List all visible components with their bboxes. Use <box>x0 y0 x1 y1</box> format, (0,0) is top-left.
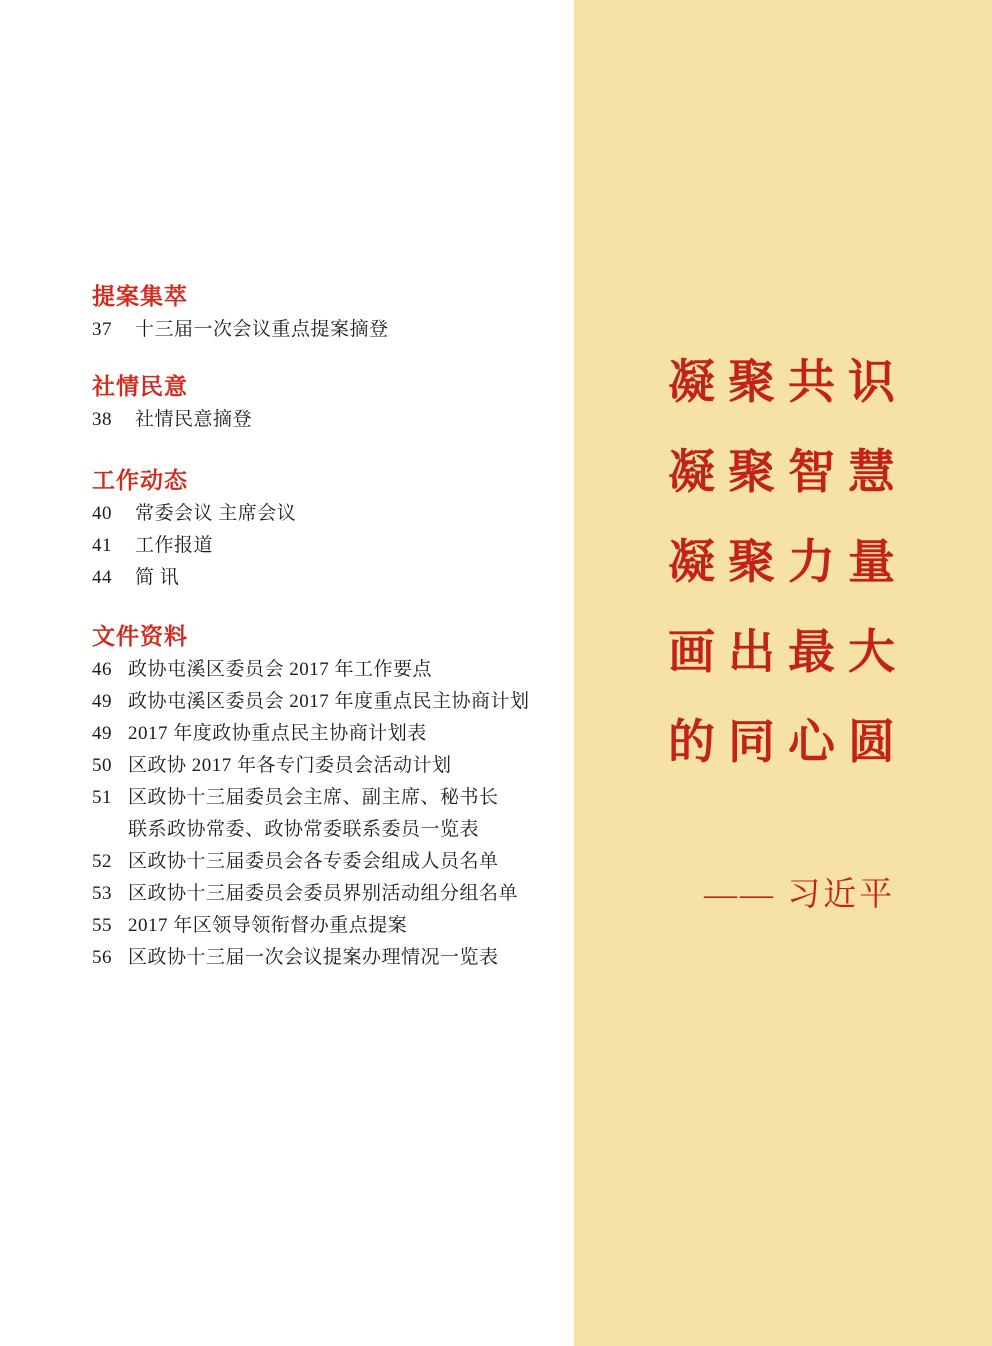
entry-title-line2: 联系政协常委、政协常委联系委员一览表 <box>128 817 562 843</box>
entry-title: 区政协 2017 年各专门委员会活动计划 <box>128 753 562 779</box>
page-number: 53 <box>92 881 128 907</box>
page-number: 46 <box>92 657 128 683</box>
section-heading: 提案集萃 <box>92 283 562 309</box>
page-number: 41 <box>92 533 135 559</box>
page-number: 55 <box>92 913 128 939</box>
entry-title: 区政协十三届委员会主席、副主席、秘书长 <box>128 785 562 811</box>
toc-entry: 49 2017 年度政协重点民主协商计划表 <box>92 721 562 747</box>
page-number: 51 <box>92 785 128 811</box>
quote-line: 的同心圆 <box>668 698 908 788</box>
page-number: 40 <box>92 501 135 527</box>
toc-page: 提案集萃 37 十三届一次会议重点提案摘登 社情民意 38 社情民意摘登 工作动… <box>0 0 992 1346</box>
toc-entry: 52 区政协十三届委员会各专委会组成人员名单 <box>92 849 562 875</box>
toc-section-documents: 文件资料 46 政协屯溪区委员会 2017 年工作要点 49 政协屯溪区委员会 … <box>92 623 562 971</box>
entry-title: 工作报道 <box>135 533 562 559</box>
toc-entry: 41 工作报道 <box>92 533 562 559</box>
toc-entry: 44 简 讯 <box>92 565 562 591</box>
page-number: 50 <box>92 753 128 779</box>
toc-entry: 37 十三届一次会议重点提案摘登 <box>92 317 562 343</box>
page-number: 38 <box>92 407 135 433</box>
entry-title: 政协屯溪区委员会 2017 年度重点民主协商计划 <box>128 689 562 715</box>
toc-entry: 46 政协屯溪区委员会 2017 年工作要点 <box>92 657 562 683</box>
toc-entry: 40 常委会议 主席会议 <box>92 501 562 527</box>
toc-entry: 51 区政协十三届委员会主席、副主席、秘书长 <box>92 785 562 811</box>
page-number: 49 <box>92 721 128 747</box>
section-heading: 社情民意 <box>92 373 562 399</box>
page-number: 37 <box>92 317 135 343</box>
page-number: 56 <box>92 945 128 971</box>
page-number: 52 <box>92 849 128 875</box>
toc-section-public-opinion: 社情民意 38 社情民意摘登 <box>92 373 562 433</box>
quote-attribution: —— 习近平 <box>704 875 895 915</box>
entry-title: 简 讯 <box>135 565 562 591</box>
toc-entry: 50 区政协 2017 年各专门委员会活动计划 <box>92 753 562 779</box>
entry-title: 区政协十三届一次会议提案办理情况一览表 <box>128 945 562 971</box>
quote-line: 凝聚共识 <box>668 338 908 428</box>
page-number: 49 <box>92 689 128 715</box>
toc-entry: 55 2017 年区领导领衔督办重点提案 <box>92 913 562 939</box>
entry-title: 2017 年区领导领衔督办重点提案 <box>128 913 562 939</box>
page-number: 44 <box>92 565 135 591</box>
quote-line: 凝聚力量 <box>668 518 908 608</box>
toc-entry-continuation: 联系政协常委、政协常委联系委员一览表 <box>92 817 562 843</box>
quote-banner: 凝聚共识 凝聚智慧 凝聚力量 画出最大 的同心圆 —— 习近平 <box>574 0 992 1346</box>
entry-title: 十三届一次会议重点提案摘登 <box>135 317 562 343</box>
toc-entry: 56 区政协十三届一次会议提案办理情况一览表 <box>92 945 562 971</box>
quote-line: 凝聚智慧 <box>668 428 908 518</box>
entry-title: 常委会议 主席会议 <box>135 501 562 527</box>
toc-entry: 53 区政协十三届委员会委员界别活动组分组名单 <box>92 881 562 907</box>
entry-title: 社情民意摘登 <box>135 407 562 433</box>
entry-title: 政协屯溪区委员会 2017 年工作要点 <box>128 657 562 683</box>
page-number-empty <box>92 817 128 843</box>
toc-entry: 38 社情民意摘登 <box>92 407 562 433</box>
section-heading: 文件资料 <box>92 623 562 649</box>
toc-section-work-updates: 工作动态 40 常委会议 主席会议 41 工作报道 44 简 讯 <box>92 467 562 591</box>
table-of-contents: 提案集萃 37 十三届一次会议重点提案摘登 社情民意 38 社情民意摘登 工作动… <box>92 283 562 971</box>
entry-title: 区政协十三届委员会委员界别活动组分组名单 <box>128 881 562 907</box>
toc-section-proposals: 提案集萃 37 十三届一次会议重点提案摘登 <box>92 283 562 343</box>
section-heading: 工作动态 <box>92 467 562 493</box>
quote-line: 画出最大 <box>668 608 908 698</box>
calligraphy-quote: 凝聚共识 凝聚智慧 凝聚力量 画出最大 的同心圆 <box>668 338 908 788</box>
toc-entry: 49 政协屯溪区委员会 2017 年度重点民主协商计划 <box>92 689 562 715</box>
entry-title: 2017 年度政协重点民主协商计划表 <box>128 721 562 747</box>
entry-title: 区政协十三届委员会各专委会组成人员名单 <box>128 849 562 875</box>
